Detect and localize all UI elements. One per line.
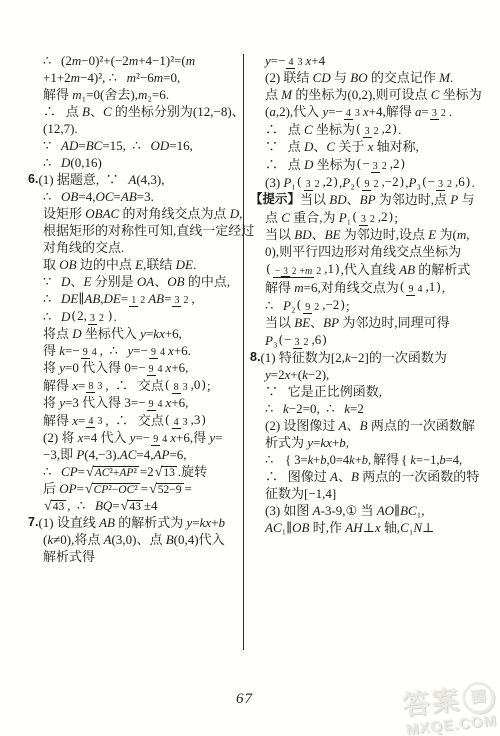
math-text: ,0: [191, 377, 201, 392]
text-line: 取 OB 边的中点 E,联结 DE.: [28, 256, 244, 273]
math-text: 根据矩形的对称性可知,直线一定经过: [43, 222, 254, 239]
math-text: 4: [158, 364, 163, 375]
text-line: ∴ (2m−0)²+(−2m+4−1)²=(m: [28, 52, 244, 69]
math-text: 3=k+b,: [294, 453, 329, 467]
text-line: ∵ 点 D、C 关于 x 轴对称,: [250, 138, 498, 155]
math-text: y=2x+(k−2),: [265, 366, 329, 383]
math-text: 2: [315, 179, 320, 190]
text-line: 8.(1) 特征数为[2,k−2]的一次函数为: [250, 349, 498, 366]
math-text: 2: [99, 313, 104, 324]
math-text: 9: [408, 284, 413, 295]
text-line: ∴ 点 C 坐标为(32,2).: [250, 120, 498, 138]
text-line: (2) 联结 CD 与 BO 的交点记作 M.: [250, 69, 498, 86]
math-text: 解析式得: [43, 548, 95, 565]
math-text: (1) 特征数为[2,k−2]的一次函数为: [260, 349, 446, 366]
math-text: (k≠0),将点 A(3,0)、点 B(0,4)代入: [43, 531, 225, 548]
math-text: 8: [174, 382, 179, 393]
text-line: ∴ OB=4,OC=AB=3.: [28, 188, 244, 205]
math-text: 3: [361, 214, 366, 225]
text-line: √43, ∴ BQ=√43±4: [28, 497, 244, 514]
math-text: ,6: [455, 174, 465, 189]
text-line: 点 C 重合,为 P₁(32,2);: [250, 208, 498, 226]
math-text: ,P₂: [339, 174, 355, 191]
fraction: −32+m2: [273, 262, 324, 277]
math-text: ∴ 点 B、C 的坐标分别为(12,−8)、: [43, 103, 245, 120]
math-text: ∴ OB=4,OC=AB=3.: [43, 188, 154, 205]
math-text: 2: [292, 266, 297, 276]
paren-group: (92,−2): [296, 296, 346, 314]
math-text: x+6.: [168, 342, 191, 359]
left-column: ∴ (2m−0)²+(−2m+4−1)²=(m+1+2m−4)², ∴ m²−6…: [28, 52, 244, 565]
math-text: ±4: [144, 497, 158, 514]
math-text: 9: [149, 364, 154, 375]
math-text: 6.: [28, 171, 38, 188]
fraction: 32: [172, 291, 190, 307]
fraction: 94: [147, 360, 165, 376]
math-text: ,3: [191, 412, 201, 427]
math-text: AC₁∥OB 时,作 AH⊥x 轴,C₁N⊥: [265, 519, 434, 536]
math-text: (a,2),代入 y=−: [265, 103, 343, 120]
math-text: 2: [370, 214, 375, 225]
math-text: 8: [88, 381, 93, 392]
sqrt-expression: √52−9: [149, 480, 183, 497]
math-text: ∴ D: [43, 308, 70, 325]
text-line: 当以 BE、BP 为邻边时,同理可得: [250, 314, 498, 331]
math-text: ,2: [378, 209, 388, 224]
math-text: 3: [174, 295, 179, 306]
math-text: −: [362, 156, 369, 171]
sqrt-expression: √43: [44, 497, 66, 514]
math-text: ∴ k−2=0, ∴ k=2: [265, 400, 364, 417]
math-text: x+4,解得 a=: [363, 103, 429, 120]
math-text: x+6,得 y=: [170, 429, 222, 446]
math-text: ;: [346, 297, 350, 314]
text-line: 将点 D 坐标代入 y=kx+6,: [28, 325, 244, 342]
math-text: 43: [53, 501, 65, 513]
math-text: 后 OP=: [43, 480, 84, 497]
math-text: .: [398, 121, 401, 138]
math-text: −: [428, 174, 435, 189]
text-line: ∴ {3=k+b,0=4k+b,解得{k=−1,b=4,: [250, 451, 498, 468]
fraction: 32: [371, 157, 389, 172]
math-text: 解得 m=6,对角线交点为: [265, 279, 399, 296]
math-text: 3: [97, 416, 102, 427]
math-text: 3: [365, 126, 370, 137]
text-line: 征数为[−1,4]: [250, 485, 498, 502]
math-text: +1+2m−4)², ∴ m²−6m=0,: [43, 69, 180, 86]
math-text: 将 y=3 代入得 3=−: [43, 394, 146, 411]
math-text: =: [141, 480, 148, 497]
text-line: ∴ 图像过 A、B 两点的一次函数的特: [250, 468, 498, 485]
fraction: 43: [86, 412, 104, 428]
math-text: (2) 设图像过 A、B 两点的一次函数解: [265, 417, 475, 434]
equation-system: {3=k+b,0=4k+b,: [285, 451, 371, 468]
text-line: −3,即 P(4,−3).AC=4,AP=6,: [28, 446, 244, 463]
math-text: ,1: [425, 279, 435, 294]
fraction: 32: [436, 175, 454, 190]
fraction: 92: [362, 175, 380, 190]
text-line: ∵ 它是正比例函数,: [250, 383, 498, 400]
math-text: (1) 设直线 AB 的解析式为 y=kx+b: [38, 514, 225, 531]
fraction: 32: [359, 210, 377, 225]
math-text: =2: [140, 463, 154, 480]
sqrt-expression: √AC²+AP²: [86, 463, 139, 480]
fraction: 92: [303, 298, 321, 313]
math-text: 3: [355, 108, 360, 119]
text-line: 当以 BD、BE 为邻边时,设点 E 为(m,: [250, 226, 498, 243]
math-text: 0=4k+b,: [330, 453, 372, 467]
math-text: 3: [283, 266, 288, 276]
math-text: 2: [316, 266, 321, 277]
text-line: ∴ 点 B、C 的坐标分别为(12,−8)、: [28, 103, 244, 120]
text-line: 将 y=3 代入得 3=−94x+6,: [28, 394, 244, 411]
math-text: CP²−OC²: [94, 484, 138, 496]
text-line: 将 y=0 代入得 0=−94x+6,: [28, 359, 244, 376]
text-line: ∴ CP=√AC²+AP²=2√13.旋转: [28, 463, 244, 480]
math-text: (2) 联结 CD 与 BO 的交点记作 M.: [265, 69, 453, 86]
math-text: ∵ AD=BC=15, ∴ OD=16,: [43, 137, 193, 154]
fraction: 43: [286, 53, 304, 69]
text-line: (k≠0),将点 A(3,0)、点 B(0,4)代入: [28, 531, 244, 548]
math-text: 4: [162, 434, 167, 445]
fraction: 32: [304, 175, 322, 190]
math-text: 4: [160, 347, 165, 358]
fraction: 83: [86, 377, 104, 393]
fraction: 32: [281, 266, 298, 277]
math-text: 点 M 的坐标为(0,2),则可设点 C 坐标为: [265, 86, 482, 103]
math-text: ,−2: [381, 174, 398, 189]
math-text: ∵ D、E 分别是 OA、OB 的中点,: [43, 273, 230, 290]
fraction: 32: [363, 122, 381, 137]
paren-group: (43,3): [164, 411, 207, 429]
math-text: ,P₃: [405, 174, 421, 191]
text-line: ∵ AD=BC=15, ∴ OD=16,: [28, 137, 244, 154]
text-line: (3) 如图 A-3-9,① 当 AO∥BC₁,: [250, 502, 498, 519]
math-text: ∴: [265, 451, 283, 468]
math-text: 当以 BD、BE 为邻边时,设点 E 为(m,: [265, 226, 469, 243]
paren-group: (−32,6): [278, 331, 328, 349]
text-line: 根据矩形的对称性可知,直线一定经过: [28, 222, 244, 239]
math-text: y=−: [265, 52, 285, 69]
math-text: 得 k=−: [43, 342, 80, 359]
math-text: 2: [314, 302, 319, 313]
math-text: 4: [158, 399, 163, 410]
text-line: (−32+m2,1),代入直线 AB 的解析式: [250, 260, 498, 278]
equation-system: {k=−1,b=4,: [401, 451, 462, 468]
math-text: 当以 BE、BP 为邻边时,同理可得: [265, 314, 450, 331]
watermark-circle-char: 圈: [470, 683, 488, 712]
equation-row: b=4,: [439, 453, 462, 467]
text-line: ∴ D(0,16): [28, 154, 244, 171]
text-line: (12,7).: [28, 120, 244, 137]
math-text: ;: [394, 209, 398, 226]
fraction: 32: [88, 309, 106, 324]
math-text: 3: [306, 179, 311, 190]
math-text: .: [114, 308, 117, 325]
paren-group: (−32+m2,1): [265, 260, 341, 278]
text-line: y=2x+(k−2),: [250, 366, 498, 383]
watermark-circle-icon: 圈: [461, 680, 496, 715]
math-text: 点 C 重合,为 P₁: [265, 209, 351, 226]
math-text: (2) 将 x=4 代入 y=−: [43, 429, 150, 446]
text-line: 得 k=−94, ∴ y=−94x+6.: [28, 342, 244, 359]
text-line: 解得 m₁=0(舍去),m₂=6.: [28, 86, 244, 103]
math-text: 9: [364, 179, 369, 190]
math-text: ,1: [324, 261, 334, 276]
math-text: −: [275, 266, 281, 277]
math-text: 【提示】: [250, 191, 300, 208]
math-text: ,2: [390, 156, 400, 171]
math-text: ,: [191, 290, 194, 307]
math-text: −: [284, 332, 291, 347]
math-text: 对角线的交点.: [43, 239, 124, 256]
math-text: 13: [163, 467, 175, 479]
right-column: y=−43x+4(2) 联结 CD 与 BO 的交点记作 M.点 M 的坐标为(…: [250, 52, 498, 536]
math-text: 4: [417, 284, 422, 295]
math-text: 2: [140, 295, 145, 306]
text-line: 解得 x=43, ∴ 交点(43,3): [28, 411, 244, 429]
math-text: 解得 x=: [43, 377, 85, 394]
text-line: 点 M 的坐标为(0,2),则可设点 C 坐标为: [250, 86, 498, 103]
equation-row: 0=4k+b,: [330, 453, 372, 467]
math-text: 4: [88, 416, 93, 427]
math-text: AB=: [148, 290, 171, 307]
paren-group: (92,−2): [355, 173, 405, 191]
math-text: 2: [183, 295, 188, 306]
fraction: 94: [81, 343, 99, 359]
text-line: ∴ D(2,32).: [28, 307, 244, 325]
fraction: 43: [172, 413, 190, 428]
text-line: ∵ D、E 分别是 OA、OB 的中点,: [28, 273, 244, 290]
math-text: ∵ 点 D、C 关于 x 轴对称,: [265, 138, 419, 155]
math-text: 3: [183, 382, 188, 393]
math-text: 2,: [77, 308, 87, 323]
text-line: y=−43x+4: [250, 52, 498, 69]
text-line: (3) P₁(32,2),P₂(92,−2),P₃(−32,6).: [250, 173, 498, 191]
math-text: 9: [83, 347, 88, 358]
paren-group: (94,1): [399, 278, 442, 296]
paren-group: (−32,2): [356, 155, 406, 173]
math-text: ,: [442, 279, 445, 296]
math-text: ,2: [323, 174, 333, 189]
watermark-logo-text: 答案: [401, 686, 462, 720]
math-text: =: [185, 480, 192, 497]
math-text: k=−1,: [410, 453, 439, 467]
math-text: ,−2: [322, 297, 339, 312]
fraction: 94: [149, 343, 167, 359]
math-text: ,代入直线 AB 的解析式: [341, 261, 471, 278]
text-line: (2) 设图像过 A、B 两点的一次函数解: [250, 417, 498, 434]
text-line: ∴ 点 D 坐标为(−32,2): [250, 155, 498, 173]
math-text: 1: [131, 295, 136, 306]
fraction: 94: [151, 430, 169, 446]
column-divider: [243, 54, 244, 650]
math-text: x+4: [305, 52, 325, 69]
text-line: 7.(1) 设直线 AB 的解析式为 y=kx+b: [28, 514, 244, 531]
text-line: 解得 m=6,对角线交点为(94,1),: [250, 278, 498, 296]
math-text: 3: [183, 417, 188, 428]
math-text: 9: [305, 302, 310, 313]
math-text: 取 OB 边的中点 E,联结 DE.: [43, 256, 196, 273]
equation-row: k=−1,: [410, 453, 439, 467]
fraction: 94: [406, 280, 424, 295]
fraction: 32: [430, 104, 448, 120]
text-line: P₃(−32,6): [250, 331, 498, 349]
math-text: ∴ P₂: [265, 297, 296, 314]
math-text: 3: [97, 381, 102, 392]
math-text: P₃: [265, 332, 278, 349]
math-text: , ∴ BQ=: [67, 497, 119, 514]
math-text: 9: [151, 347, 156, 358]
math-text: 52−9: [158, 484, 182, 496]
math-text: 2: [373, 179, 378, 190]
math-text: 7.: [28, 514, 38, 531]
text-line: 析式为 y=kx+b,: [250, 434, 498, 451]
math-text: +m: [299, 266, 312, 277]
math-text: 4: [174, 417, 179, 428]
math-text: b=4,: [439, 453, 462, 467]
math-text: 3: [373, 161, 378, 172]
math-text: ∴ (2m−0)²+(−2m+4−1)²=(m: [43, 52, 195, 69]
fraction: 32: [293, 333, 311, 348]
math-text: (3) P₁: [265, 174, 296, 191]
math-text: ∴ 点 D 坐标为: [265, 156, 356, 173]
paren-group: (32,2): [351, 208, 394, 226]
sqrt-expression: √CP²−OC²: [85, 480, 140, 497]
paren-group: (32,2): [296, 173, 339, 191]
fraction: 43: [344, 104, 362, 120]
watermark: 答案 圈 MXQE.COM: [401, 680, 498, 736]
text-line: 设矩形 OBAC 的对角线交点为点 D,: [28, 205, 244, 222]
math-text: , ∴ 交点: [105, 412, 164, 429]
math-text: ,2: [382, 121, 392, 136]
math-text: ∴ D(0,16): [43, 154, 102, 171]
math-text: ∴ 点 C 坐标为: [265, 121, 355, 138]
text-line: ∴ DE∥AB,DE=12AB=32,: [28, 290, 244, 307]
math-text: −3,即 P(4,−3).AC=4,AP=6,: [43, 446, 187, 463]
math-text: 解得 m₁=0(舍去),m₂=6.: [43, 86, 169, 103]
math-text: 3: [90, 313, 95, 324]
math-text: .: [471, 174, 474, 191]
math-text: 2: [441, 108, 446, 119]
math-text: 将点 D 坐标代入 y=kx+6,: [43, 325, 182, 342]
text-line: ∴ P₂(92,−2);: [250, 296, 498, 314]
math-text: 析式为 y=kx+b,: [265, 434, 349, 451]
math-text: 43: [129, 501, 141, 513]
math-text: 将 y=0 代入得 0=−: [43, 359, 146, 376]
page-number: 67: [236, 691, 253, 708]
math-text: x+6,: [166, 359, 189, 376]
fraction: 12: [129, 291, 147, 307]
math-text: x+6,: [166, 394, 189, 411]
text-line: AC₁∥OB 时,作 AH⊥x 轴,C₁N⊥: [250, 519, 498, 536]
math-text: 0),则平行四边形对角线交点坐标为: [265, 243, 461, 260]
fraction: 94: [147, 395, 165, 411]
math-text: .旋转: [178, 463, 207, 480]
math-text: ;: [207, 377, 211, 394]
math-text: 2: [447, 179, 452, 190]
sqrt-expression: √13: [155, 463, 177, 480]
math-text: , ∴ 交点: [105, 377, 164, 394]
text-line: 【提示】当以 BD、BP 为邻边时,点 P 与: [250, 191, 498, 208]
paren-group: (32,2): [355, 120, 398, 138]
text-line: ∴ k−2=0, ∴ k=2: [250, 400, 498, 417]
math-text: 3: [432, 108, 437, 119]
math-text: 当以 BD、BP 为邻边时,点 P 与: [300, 191, 475, 208]
text-line: 后 OP=√CP²−OC²=√52−9=: [28, 480, 244, 497]
paren-group: (−32,6): [421, 173, 471, 191]
text-line: (a,2),代入 y=−43x+4,解得 a=32.: [250, 103, 498, 120]
math-text: (12,7).: [43, 120, 78, 137]
math-text: 4: [346, 108, 351, 119]
math-text: 4: [288, 57, 293, 68]
paren-group: (2,32): [70, 307, 113, 325]
math-text: AC²+AP²: [95, 467, 137, 479]
math-text: 3: [297, 57, 302, 68]
text-line: 6.(1) 据题意, ∵ A(4,3),: [28, 171, 244, 188]
math-text: 解得: [373, 451, 399, 468]
sqrt-expression: √43: [121, 497, 143, 514]
fraction: 83: [172, 378, 190, 393]
text-line: 解析式得: [28, 548, 244, 565]
math-text: 9: [149, 399, 154, 410]
math-text: , ∴ y=−: [100, 342, 148, 359]
math-text: 2: [304, 337, 309, 348]
text-line: +1+2m−4)², ∴ m²−6m=0,: [28, 69, 244, 86]
paren-group: (83,0): [164, 376, 207, 394]
math-text: ∴ 图像过 A、B 两点的一次函数的特: [265, 468, 479, 485]
math-text: 解得 x=: [43, 412, 85, 429]
text-line: 0),则平行四边形对角线交点坐标为: [250, 243, 498, 260]
math-text: (1) 据题意, ∵ A(4,3),: [38, 171, 164, 188]
math-text: ∴ DE∥AB,DE=: [43, 290, 128, 307]
math-text: (3) 如图 A-3-9,① 当 AO∥BC₁,: [265, 502, 424, 519]
equation-row: 3=k+b,: [294, 453, 329, 467]
text-line: (2) 将 x=4 代入 y=−94x+6,得 y=: [28, 429, 244, 446]
math-text: ,6: [312, 332, 322, 347]
scanned-answer-page: ∴ (2m−0)²+(−2m+4−1)²=(m+1+2m−4)², ∴ m²−6…: [0, 0, 500, 736]
math-text: 3: [295, 337, 300, 348]
math-text: 2: [382, 161, 387, 172]
math-text: 3: [438, 179, 443, 190]
text-line: 解得 x=83, ∴ 交点(83,0);: [28, 376, 244, 394]
math-text: ∵ 它是正比例函数,: [265, 383, 382, 400]
math-text: .: [449, 103, 452, 120]
math-text: 9: [153, 434, 158, 445]
math-text: 8.: [250, 349, 260, 366]
math-text: ∴ CP=: [43, 463, 85, 480]
math-text: 征数为[−1,4]: [265, 485, 336, 502]
math-text: 设矩形 OBAC 的对角线交点为点 D,: [43, 205, 242, 222]
math-text: 4: [92, 347, 97, 358]
math-text: 2: [374, 126, 379, 137]
text-line: 对角线的交点.: [28, 239, 244, 256]
